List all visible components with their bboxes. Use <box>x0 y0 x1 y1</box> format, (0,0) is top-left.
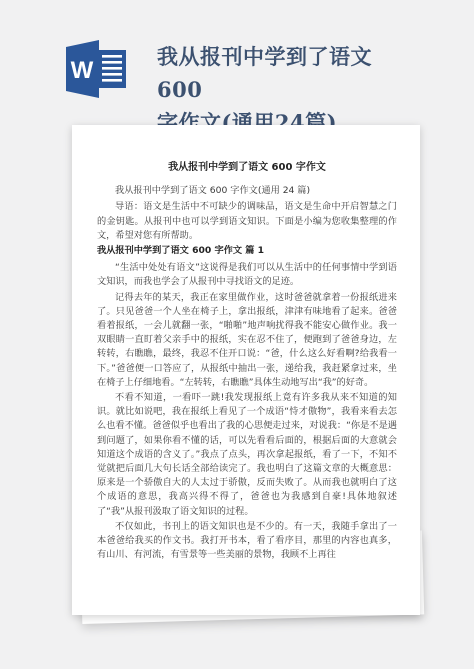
page-content: 我从报刊中学到了语文 600 字作文 我从报刊中学到了语文 600 字作文(通用… <box>97 161 397 563</box>
title-line-1: 我从报刊中学到了语文600 <box>157 40 417 106</box>
body-paragraph: 不看不知道，一看吓一跳!我发现报纸上竟有许多我从来不知道的知识。就比如说吧，我在… <box>97 391 397 519</box>
intro-paragraph: 导语：语文是生活中不可缺少的调味品，语文是生命中开启智慧之门的金钥匙。从报刊中也… <box>97 200 397 243</box>
section-heading: 我从报刊中学到了语文 600 字作文 篇 1 <box>97 244 397 258</box>
body-paragraph: 记得去年的某天，我正在家里做作业，这时爸爸就拿着一份报纸进来了。只见爸爸一个人坐… <box>97 291 397 390</box>
body-paragraph: 不仅如此，书刊上的语文知识也是不少的。有一天，我随手拿出了一本爸爸给我买的作文书… <box>97 520 397 563</box>
header: W 我从报刊中学到了语文600 字作文(通用24篇) <box>0 0 474 120</box>
page-heading: 我从报刊中学到了语文 600 字作文 <box>97 161 397 175</box>
word-doc-icon: W <box>66 40 128 98</box>
document-page: 我从报刊中学到了语文 600 字作文 我从报刊中学到了语文 600 字作文(通用… <box>72 125 420 615</box>
body-paragraph: “生活中处处有语文”这说得是我们可以从生活中的任何事情中学到语文知识，而我也学会… <box>97 261 397 289</box>
page-subtitle: 我从报刊中学到了语文 600 字作文(通用 24 篇) <box>97 184 397 198</box>
svg-text:W: W <box>71 57 94 84</box>
